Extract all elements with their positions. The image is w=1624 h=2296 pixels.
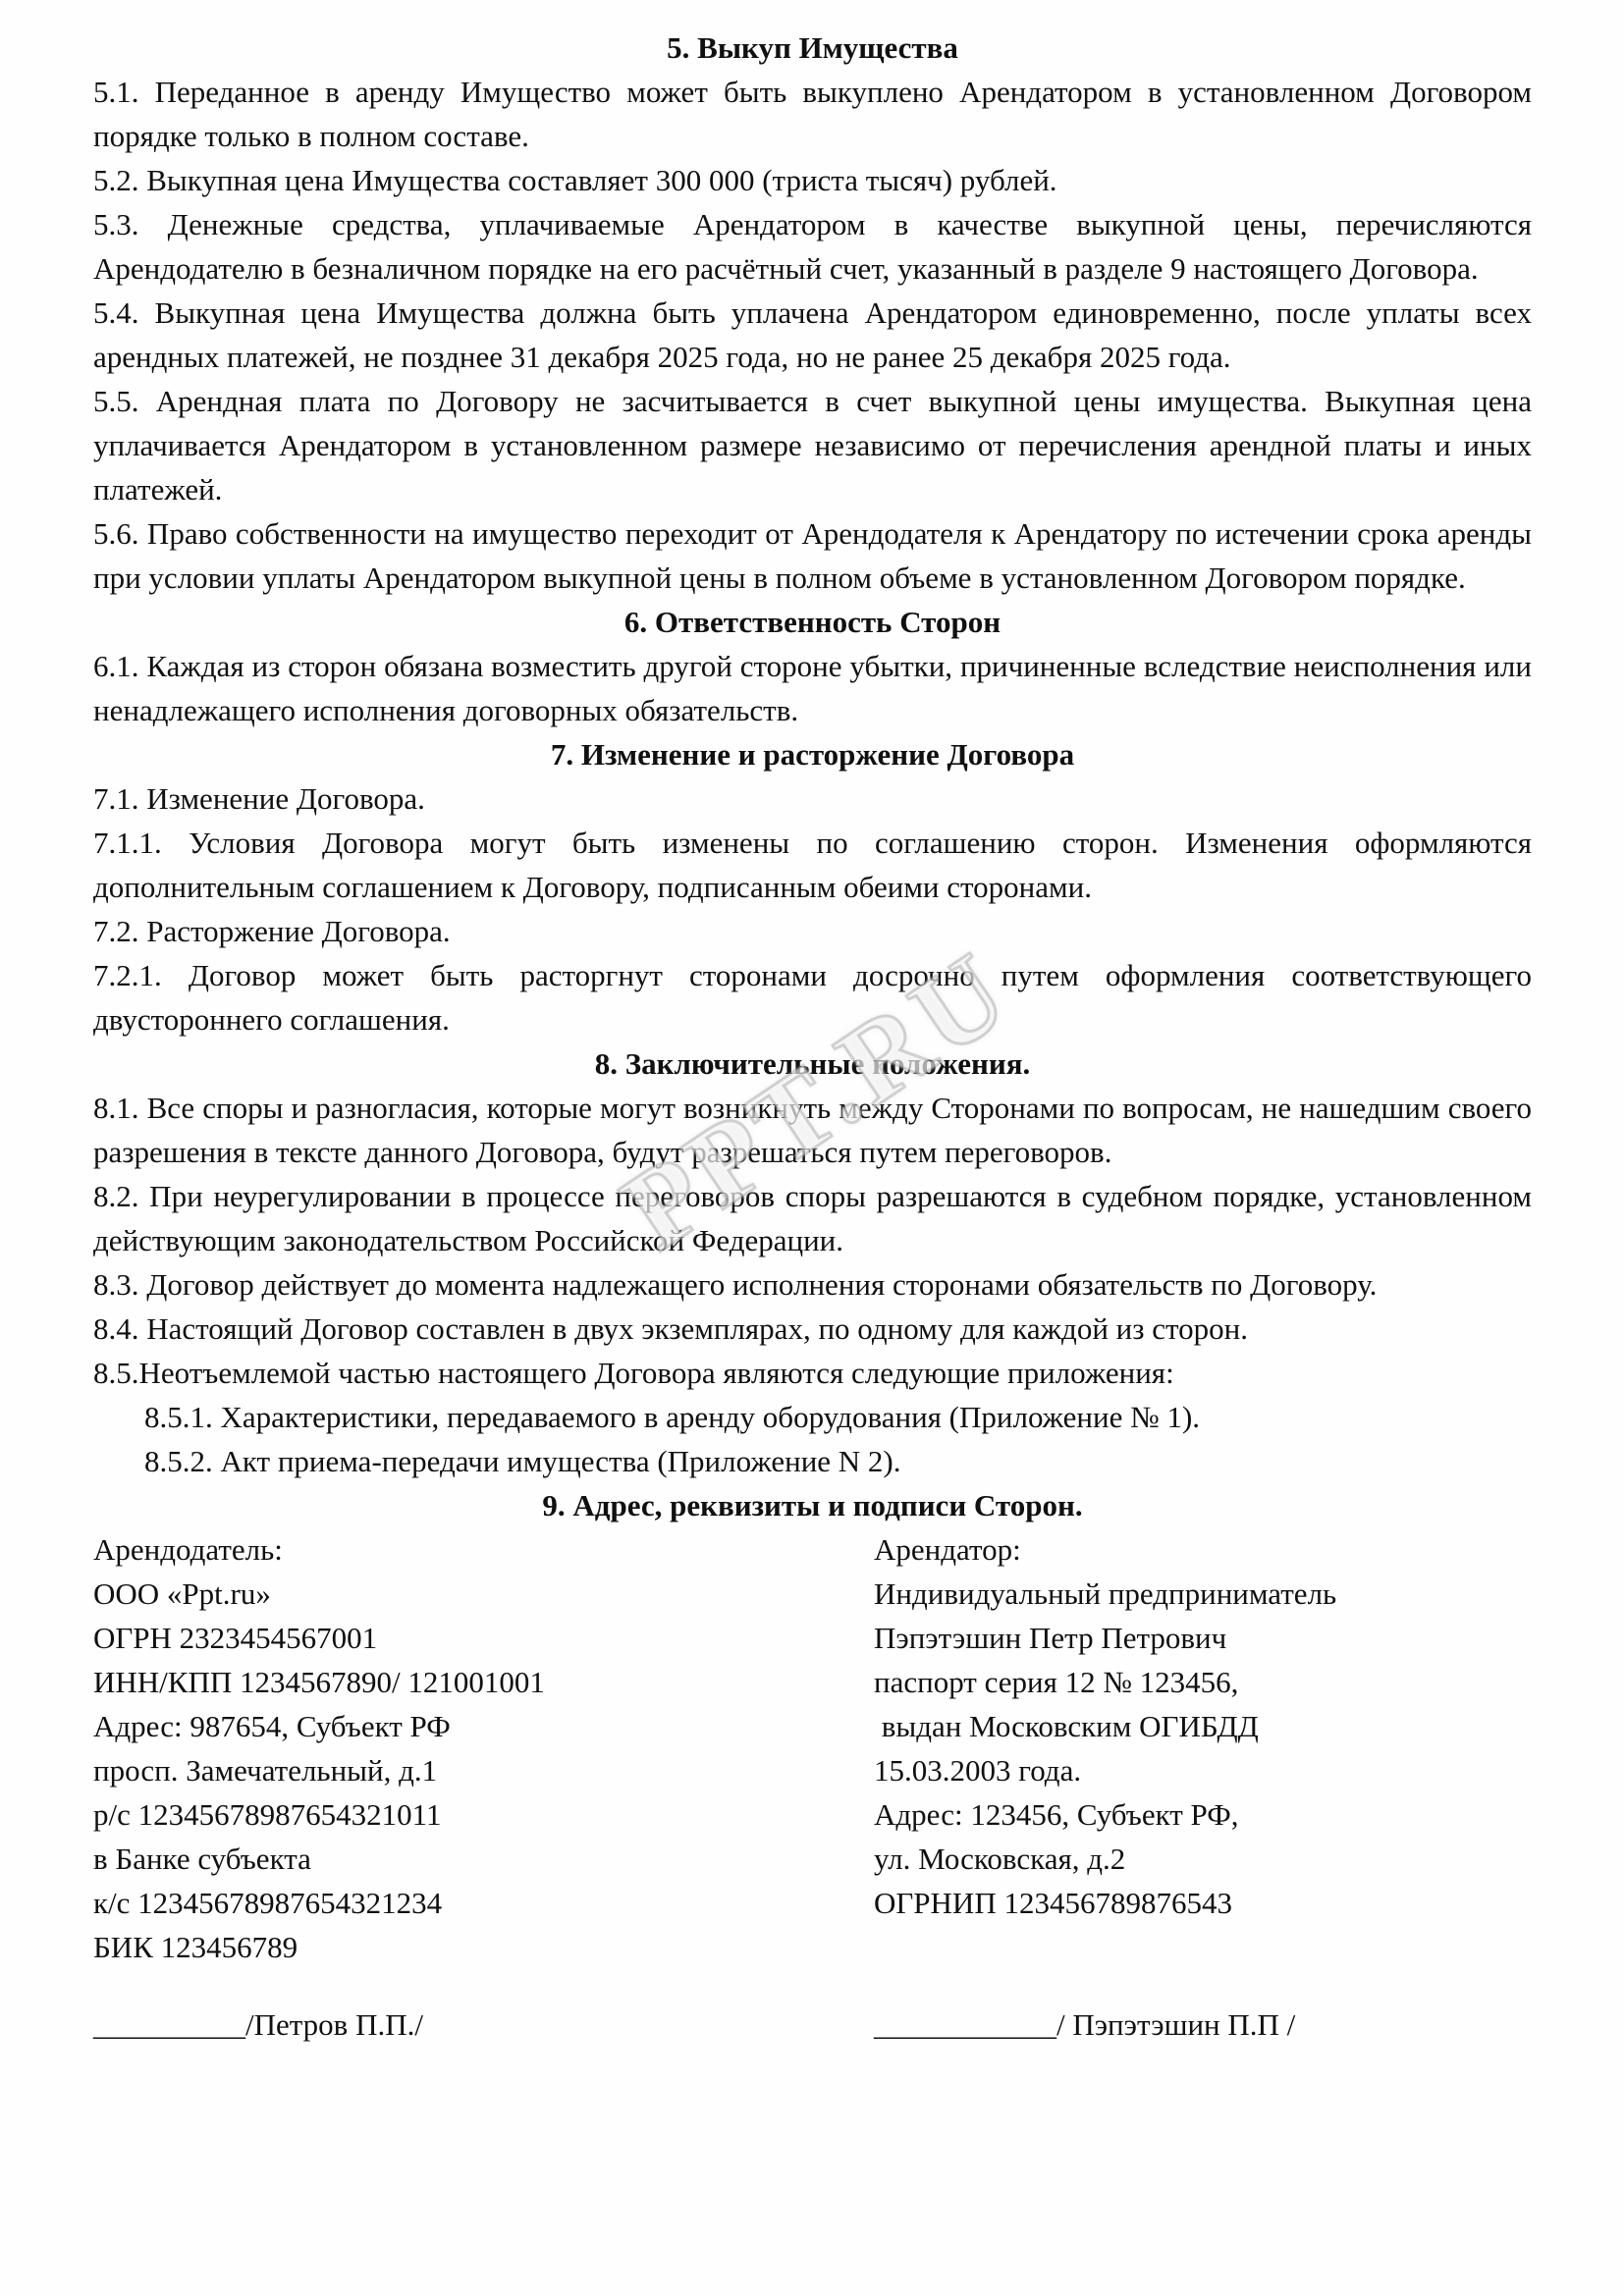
- clause-5-1: 5.1. Переданное в аренду Имущество может…: [93, 70, 1532, 158]
- tenant-passport-issue-date: 15.03.2003 года.: [874, 1748, 1532, 1792]
- clause-5-5: 5.5. Арендная плата по Договору не засчи…: [93, 379, 1532, 511]
- landlord-label: Арендодатель:: [93, 1527, 874, 1572]
- clause-8-5-2: 8.5.2. Акт приема-передачи имущества (Пр…: [93, 1439, 1532, 1483]
- clause-8-5: 8.5.Неотъемлемой частью настоящего Догов…: [93, 1351, 1532, 1395]
- clause-5-3: 5.3. Денежные средства, уплачиваемые Аре…: [93, 202, 1532, 291]
- clause-8-1: 8.1. Все споры и разногласия, которые мо…: [93, 1086, 1532, 1174]
- section-7-heading: 7. Изменение и расторжение Договора: [93, 732, 1532, 776]
- landlord-signature-line: __________/Петров П.П./: [93, 2002, 874, 2047]
- tenant-entity-type: Индивидуальный предприниматель: [874, 1572, 1532, 1616]
- tenant-requisites: Арендатор: Индивидуальный предпринимател…: [874, 1527, 1532, 1969]
- clause-5-6: 5.6. Право собственности на имущество пе…: [93, 511, 1532, 600]
- tenant-name: Пэпэтэшин Петр Петрович: [874, 1616, 1532, 1660]
- landlord-bik: БИК 123456789: [93, 1925, 874, 1969]
- section-6-heading: 6. Ответственность Сторон: [93, 600, 1532, 644]
- tenant-address: Адрес: 123456, Субъект РФ,: [874, 1792, 1532, 1837]
- landlord-address: Адрес: 987654, Субъект РФ: [93, 1704, 874, 1748]
- section-9-heading: 9. Адрес, реквизиты и подписи Сторон.: [93, 1483, 1532, 1527]
- section-5-heading: 5. Выкуп Имущества: [93, 26, 1532, 70]
- tenant-passport-issued-by: выдан Московским ОГИБДД: [874, 1704, 1532, 1748]
- landlord-company-name: ООО «Ppt.ru»: [93, 1572, 874, 1616]
- clause-8-2: 8.2. При неурегулировании в процессе пер…: [93, 1174, 1532, 1262]
- clause-8-5-1: 8.5.1. Характеристики, передаваемого в а…: [93, 1395, 1532, 1439]
- landlord-corr-account: к/с 12345678987654321234: [93, 1881, 874, 1925]
- section-8-heading: 8. Заключительные положения.: [93, 1041, 1532, 1086]
- clause-5-4: 5.4. Выкупная цена Имущества должна быть…: [93, 291, 1532, 379]
- tenant-signature-line: ____________/ Пэпэтэшин П.П /: [874, 2002, 1532, 2047]
- contract-page: PPT.RU 5. Выкуп Имущества 5.1. Переданно…: [0, 0, 1624, 2296]
- clause-6-1: 6.1. Каждая из сторон обязана возместить…: [93, 644, 1532, 732]
- clause-7-1-1: 7.1.1. Условия Договора могут быть измен…: [93, 821, 1532, 909]
- tenant-ogrnip: ОГРНИП 123456789876543: [874, 1881, 1532, 1925]
- clause-5-2: 5.2. Выкупная цена Имущества составляет …: [93, 158, 1532, 202]
- clause-7-2-1: 7.2.1. Договор может быть расторгнут сто…: [93, 953, 1532, 1041]
- clause-8-4: 8.4. Настоящий Договор составлен в двух …: [93, 1307, 1532, 1351]
- clause-8-3: 8.3. Договор действует до момента надлеж…: [93, 1262, 1532, 1307]
- landlord-settlement-account: р/с 12345678987654321011: [93, 1792, 874, 1837]
- landlord-ogrn: ОГРН 2323454567001: [93, 1616, 874, 1660]
- landlord-bank: в Банке субъекта: [93, 1837, 874, 1881]
- landlord-inn-kpp: ИНН/КПП 1234567890/ 121001001: [93, 1660, 874, 1704]
- tenant-street: ул. Московская, д.2: [874, 1837, 1532, 1881]
- signatures-row: __________/Петров П.П./ ____________/ Пэ…: [93, 2002, 1532, 2047]
- requisites-block: Арендодатель: ООО «Ppt.ru» ОГРН 23234545…: [93, 1527, 1532, 1969]
- landlord-requisites: Арендодатель: ООО «Ppt.ru» ОГРН 23234545…: [93, 1527, 874, 1969]
- tenant-passport: паспорт серия 12 № 123456,: [874, 1660, 1532, 1704]
- clause-7-1: 7.1. Изменение Договора.: [93, 776, 1532, 821]
- tenant-label: Арендатор:: [874, 1527, 1532, 1572]
- landlord-street: просп. Замечательный, д.1: [93, 1748, 874, 1792]
- clause-7-2: 7.2. Расторжение Договора.: [93, 909, 1532, 953]
